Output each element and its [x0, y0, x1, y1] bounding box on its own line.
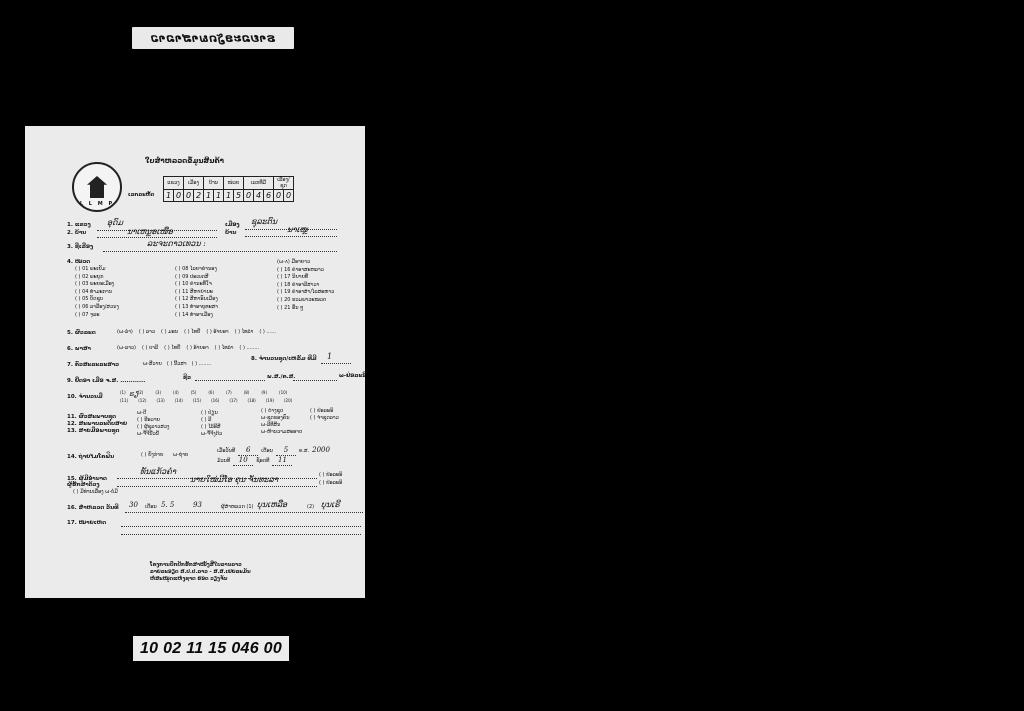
condition-column-3: ( ) ດຳງຊູດ ω-ຊູດຂອງຄົນ ω-ລີທີສີນ ω-ຫ້ານວ… [261, 408, 302, 436]
condition-option[interactable]: ( ) ຈຳຊູດລາວ [310, 415, 339, 422]
category-option[interactable]: ( ) 10 ຄຳນະທີ່ໃຈ [175, 281, 218, 289]
category-option[interactable]: ( ) 06 ລາລືອງ/ສວນງ [75, 304, 119, 312]
field-9-mid: ຊີວ [183, 375, 191, 381]
temple-icon [87, 176, 107, 198]
language-option[interactable]: ( ) ອ້າຍອາ [186, 345, 208, 353]
code-header: ເລກທີ່ມື [244, 177, 274, 190]
top-label-text: ຣາຍລະອຽດພາສາລາວ [150, 32, 275, 45]
condition-option[interactable]: ω-ຈື່ຈີງດ້ວ [201, 431, 222, 438]
count-slot: (1) [120, 390, 126, 395]
keeper-option[interactable]: ( ) ຢ່ອລະອິ [319, 479, 342, 487]
frame-label: ຊັອດທີ [256, 458, 269, 466]
field-17-label: 17. ໝາຍເຫດ [67, 520, 106, 526]
count-slot: (8) [244, 390, 250, 395]
field-15-extra[interactable]: ( ) ມີທ່ານເລື່ອງ ω-ບໍ່ມີ [73, 489, 118, 497]
field-9-line-1 [195, 380, 265, 381]
category-option[interactable]: ( ) 01 ພະເຍັມ [75, 266, 119, 274]
footer-line-2: ລາຍລະອຽດ ສ.ປ.ປ.ລາວ - ສ.ສ.ເຢຍລະມັນ [150, 569, 251, 576]
remarks-line-2 [121, 534, 361, 535]
code-header: ເລື່ອງ/ຊຸດ [274, 177, 294, 190]
script-option[interactable]: ( ) ໄທຍີ່ [184, 329, 200, 337]
bottom-microfilm-label: 10 02 11 15 046 00 [133, 636, 289, 661]
code-digit: 1 [204, 190, 214, 202]
condition-option[interactable]: ( ) ຢ່ອລະອິ [310, 408, 339, 415]
field-3-line [103, 251, 337, 252]
category-option[interactable]: ( ) 08 ໄລຍາຄຳນອງ [175, 266, 218, 274]
document-number: 10 02 11 15 046 00 [140, 640, 282, 658]
language-option[interactable]: ( ) ........ [239, 345, 259, 353]
script-option[interactable]: ( ) ມອນ [161, 329, 178, 337]
field-2-value: ນາເຫນຼອເໜືອ [127, 227, 173, 236]
field-2-line [97, 237, 217, 238]
field-10-label: 10. ຈຳນວນມື [67, 394, 103, 400]
surveyor-2: ບຸນເຣີ [321, 500, 340, 509]
field-15b-value: ນາຍໃໝ່ມີໂອ ຄຸນ ຈັນທະລາ [190, 475, 278, 484]
surveyor-2-label: (2) [307, 504, 314, 512]
category-option[interactable]: ( ) 21 ອື່ນ ໆ [277, 305, 334, 313]
roll-number: 10 [233, 457, 253, 466]
code-digit: 0 [244, 190, 254, 202]
condition-option[interactable]: ( ) ດຳງຊູດ [261, 408, 302, 415]
code-header: ບ້ານ [204, 177, 224, 190]
code-digit: 1 [214, 190, 224, 202]
field-1b-label: ເມືອງ [225, 222, 240, 228]
field-1b-value: ຊຸລະຕົນ [251, 217, 277, 226]
code-digit: 0 [284, 190, 294, 202]
field-15-labels: 15. ຜູ້ມີອຳນາດ ຜູ້ຮັກສາດ້ວງ [67, 476, 107, 488]
count-slot: (15) [193, 398, 201, 403]
field-9-right: ພ.ສ./ຄ.ສ. [267, 374, 295, 380]
field-2b-value: ນາເໜຼ [287, 225, 308, 234]
count-slot: (18) [248, 398, 256, 403]
material-option[interactable]: ( ) ........ [192, 361, 212, 369]
condition-option[interactable]: ω-ດີ [137, 410, 169, 417]
form-footer: ໂຄງການປົກປັກຮັກສາໜັງສືໃບລານລາວ ລາຍລະອຽດ … [150, 562, 251, 583]
category-option[interactable]: (ω-ᴧ) ມືອາຍາວ [277, 259, 334, 267]
condition-column-4: ( ) ຢ່ອລະອິ ( ) ຈຳຊູດລາວ [310, 408, 339, 422]
category-column-3: (ω-ᴧ) ມືອາຍາວ ( ) 16 ຄຳອາສະຫລາວ ( ) 17 ນ… [277, 259, 334, 312]
frame-number: 11 [272, 457, 292, 466]
category-option[interactable]: ( ) 03 ພະຍະເມືອງ [75, 281, 119, 289]
field-6-label: 6. ພາສາ [67, 346, 91, 352]
date-month: 5 [276, 447, 296, 456]
survey-month: 5. 5 [161, 501, 174, 509]
field-9-end: ω-ຢ່ອລະອິ [339, 373, 365, 379]
language-option[interactable]: ( ) ໄທຍີ່ [164, 345, 180, 353]
count-slot: (2) [138, 390, 144, 395]
category-option[interactable]: ( ) 14 ທຳອາເມືອງ [175, 312, 218, 320]
category-option[interactable]: ( ) 05 ບັດຊູບ [75, 296, 119, 304]
condition-column-1: ω-ດີ ( ) ຮີອວາຍ ( ) ຜູ້ຊູລາວສວງ ω-ຈື່ຈີນ… [137, 410, 169, 438]
count-slot: (14) [175, 398, 183, 403]
category-option[interactable]: ( ) 13 ທຳອາຍຸທະສາ [175, 304, 218, 312]
code-digit: 4 [254, 190, 264, 202]
roll-label: ມ້ວນທີ [217, 458, 230, 466]
surveyor-1: ບຸນເຫລືອ [257, 500, 287, 509]
code-digit: 1 [224, 190, 234, 202]
field-13-label: 13. ສາຍມືອພາບຊຸດ [67, 428, 127, 435]
code-digit: 0 [184, 190, 194, 202]
code-header-row: ແຂວງ ເມືອງ ບ້ານ ໜ່ວຍ ເລກທີ່ມື ເລື່ອງ/ຊຸດ [164, 177, 294, 190]
condition-option[interactable]: ( ) ຜູ້ຊູລາວສວງ [137, 424, 169, 431]
condition-option[interactable]: ( ) ໄລ້ອີສີ [201, 424, 222, 431]
field-4-label: 4. ໝວດ [67, 259, 90, 265]
count-slot: (5) [191, 390, 197, 395]
form-title: ໃບສຳຫລວດຂໍ້ມູນສິນຄ້າ [145, 157, 224, 165]
field-2b-label: ບ້ານ [225, 230, 236, 236]
condition-option[interactable]: ω-ຈື່ຈີນີ້ວນື [137, 431, 169, 438]
material-option[interactable]: ω-ສີວາຍ [143, 361, 162, 369]
category-option[interactable]: ( ) 12 ສີຫາອົນເມືອງ [175, 296, 218, 304]
code-digit-row: 1 0 0 2 1 1 1 5 0 4 6 0 0 [164, 190, 294, 202]
count-slot: (4) [173, 390, 179, 395]
code-header: ເມືອງ [184, 177, 204, 190]
fields-11-13-labels: 11. ຜົວສະພາບຊຸດ 12. ສະພາບລະດັບສາຍ 13. ສາ… [67, 414, 127, 435]
field-1-value: ອຸດົມ [107, 218, 123, 227]
script-option[interactable]: (ω-ລຳ) [117, 329, 133, 337]
registration-label: ເລກລະຫັດ [128, 192, 154, 198]
field-16-line [125, 512, 363, 513]
field-9-line-2 [293, 380, 337, 381]
count-slot: (11) [120, 398, 128, 403]
condition-column-2: ( ) ປ່ຽນ ( ) ລີ ( ) ໄລ້ອີສີ ω-ຈື່ຈີງດ້ວ [201, 410, 222, 438]
count-slot: (3) [155, 390, 161, 395]
count-slot: (7) [226, 390, 232, 395]
count-slot: (19) [266, 398, 274, 403]
field-14-label: 14. ຖ່າຍໄມໂຄຟິນ [67, 454, 114, 460]
count-slot: (10) [279, 390, 287, 395]
script-option[interactable]: ( ) ອ້າຍອາ [206, 329, 228, 337]
survey-day: 30 [129, 501, 138, 509]
count-slot: (20) [284, 398, 292, 403]
code-digit: 2 [194, 190, 204, 202]
surveyor-label: ຜູ້ສຳຫລວດ (1) [221, 504, 253, 512]
code-digit: 0 [174, 190, 184, 202]
date-year: 2000 [312, 447, 330, 455]
field-12-label: 12. ສະພາບລະດັບສາຍ [67, 421, 127, 428]
date-day: 6 [238, 447, 258, 456]
script-option[interactable]: ( ) ...... [259, 329, 276, 337]
month-label: ເດືອນ [261, 448, 273, 456]
field-16-label: 16. ສຳຫລວດ ວັນທີ [67, 505, 119, 511]
code-header: ໜ່ວຍ [224, 177, 244, 190]
field-15-value: ທັນແກ້ວຄຳ [140, 467, 176, 476]
script-option[interactable]: ( ) ໄທລຳ [235, 329, 254, 337]
field-5-label: 5. ຜົວລະດ [67, 330, 96, 336]
field-3-label: 3. ຊື່ເລື່ອງ [67, 244, 93, 250]
script-option[interactable]: ( ) ລາວ [139, 329, 155, 337]
category-option[interactable]: ( ) 19 ຄຳອາສຳ/ໄລສະຫາວ [277, 289, 334, 297]
code-digit: 6 [264, 190, 274, 202]
category-option[interactable]: ( ) 20 ຮວມພາວະໝວດ [277, 297, 334, 305]
field-8-label: 8. ຈຳນວນຊຸດ/ເຫລັ້ມ ທີ່ມີ [251, 356, 317, 362]
condition-option[interactable]: ( ) ປ່ຽນ [201, 410, 222, 417]
remarks-line-1 [121, 526, 361, 527]
page-count-grid-bottom: (11) (12) (13) (14) (15) (16) (17) (18) … [120, 398, 292, 403]
code-header: ແຂວງ [164, 177, 184, 190]
condition-option[interactable]: ω-ລີທີສີນ [261, 422, 302, 429]
top-microfilm-label: ຣາຍລະອຽດພາສາລາວ [132, 27, 294, 49]
field-7-options: ω-ສີວາຍ ( ) ນີ້ວສາ ( ) ........ [143, 361, 211, 369]
field-3-value: ລະຈະດາວເທວນ : [147, 239, 206, 248]
survey-year: 93 [193, 501, 202, 509]
survey-form-page: L L M P ໃບສຳຫລວດຂໍ້ມູນສິນຄ້າ ເລກລະຫັດ ແຂ… [25, 126, 365, 598]
condition-option[interactable]: ω-ຫ້ານວາມສະອາດ [261, 429, 302, 436]
field-8-value: 1 [327, 352, 332, 361]
field-5-options: (ω-ລຳ) ( ) ລາວ ( ) ມອນ ( ) ໄທຍີ່ ( ) ອ້າ… [117, 329, 276, 337]
field-2b-line [245, 236, 337, 237]
material-option[interactable]: ( ) ນີ້ວສາ [167, 361, 187, 369]
category-option[interactable]: ( ) 17 ນິຍາຍທີ່ [277, 274, 334, 282]
category-column-2: ( ) 08 ໄລຍາຄຳນອງ ( ) 09 ປະເພດສີ ( ) 10 ຄ… [175, 266, 218, 319]
survey-month-label: ເດືອນ [145, 504, 157, 512]
code-digit: 1 [164, 190, 174, 202]
code-digit: 5 [234, 190, 244, 202]
code-digit: 0 [274, 190, 284, 202]
field-2-label: 2. ບ້ານ [67, 230, 86, 236]
condition-option[interactable]: ( ) ຮີອວາຍ [137, 417, 169, 424]
field-8-line [321, 363, 351, 364]
count-slot: (13) [156, 398, 164, 403]
field-15b-label: ຜູ້ຮັກສາດ້ວງ [67, 482, 107, 488]
field-6-options: (ω-ລາວ) ( ) ບາລີ ( ) ໄທຍີ່ ( ) ອ້າຍອາ ( … [117, 345, 259, 353]
count-slot: (16) [211, 398, 219, 403]
microfilm-not-yet-option[interactable]: ( ) ຍັງກ່າຍ [141, 452, 163, 460]
field-15-right-options: ( ) ຢ່ອລະອິ ( ) ຢ່ອລະອິ [319, 471, 342, 487]
category-column-1: ( ) 01 ພະເຍັມ ( ) 02 ພະຍູກ ( ) 03 ພະຍະເມ… [75, 266, 119, 319]
count-slot: (6) [208, 390, 214, 395]
count-slot: (9) [261, 390, 267, 395]
field-9-label: 9. ຍືດອາ ເມື່ອ ຈ.ສ. ............ [67, 378, 145, 384]
microfilm-date: ເມື່ອວັນທີ 6 ເດືອນ 5 ຄ.ສ. 2000 [217, 447, 330, 456]
condition-option[interactable]: ω-ຊູດຂອງຄົນ [261, 415, 302, 422]
owner-option[interactable]: ( ) ຢ່ອລະອິ [319, 471, 342, 479]
footer-line-3: ຫໍສະໝຸດແຫ່ງຊາດ ຮອດ ວຽງຈັນ [150, 576, 251, 583]
language-option[interactable]: ( ) ໄທລຳ [215, 345, 234, 353]
field-11-label: 11. ຜົວສະພາບຊຸດ [67, 414, 127, 421]
language-option[interactable]: (ω-ລາວ) [117, 345, 136, 353]
field-15-line-2 [117, 486, 317, 487]
condition-option[interactable]: ( ) ລີ [201, 417, 222, 424]
code-table: ແຂວງ ເມືອງ ບ້ານ ໜ່ວຍ ເລກທີ່ມື ເລື່ອງ/ຊຸດ… [163, 176, 294, 202]
page-count-grid-top: (1) (2) (3) (4) (5) (6) (7) (8) (9) (10) [120, 390, 287, 395]
emblem-letters: L L M P [80, 201, 114, 207]
year-label: ຄ.ສ. [299, 448, 309, 456]
count-slot: (17) [229, 398, 237, 403]
language-option[interactable]: ( ) ບາລີ [142, 345, 158, 353]
field-1-label: 1. ແຂວງ [67, 222, 91, 228]
microfilm-roll-frame: ມ້ວນທີ 10 ຊັອດທີ 11 [217, 457, 292, 466]
category-option[interactable]: ( ) 07 ຈຸລະ [75, 312, 119, 320]
date-label: ເມື່ອວັນທີ [217, 448, 235, 456]
count-slot: (12) [138, 398, 146, 403]
microfilm-done-option[interactable]: ω-ຖ່າຍ [173, 452, 188, 460]
footer-line-1: ໂຄງການປົກປັກຮັກສາໜັງສືໃບລານລາວ [150, 562, 251, 569]
field-7-label: 7. ຄົວສະລະລະສາວ [67, 362, 119, 368]
institution-emblem: L L M P [72, 162, 122, 212]
